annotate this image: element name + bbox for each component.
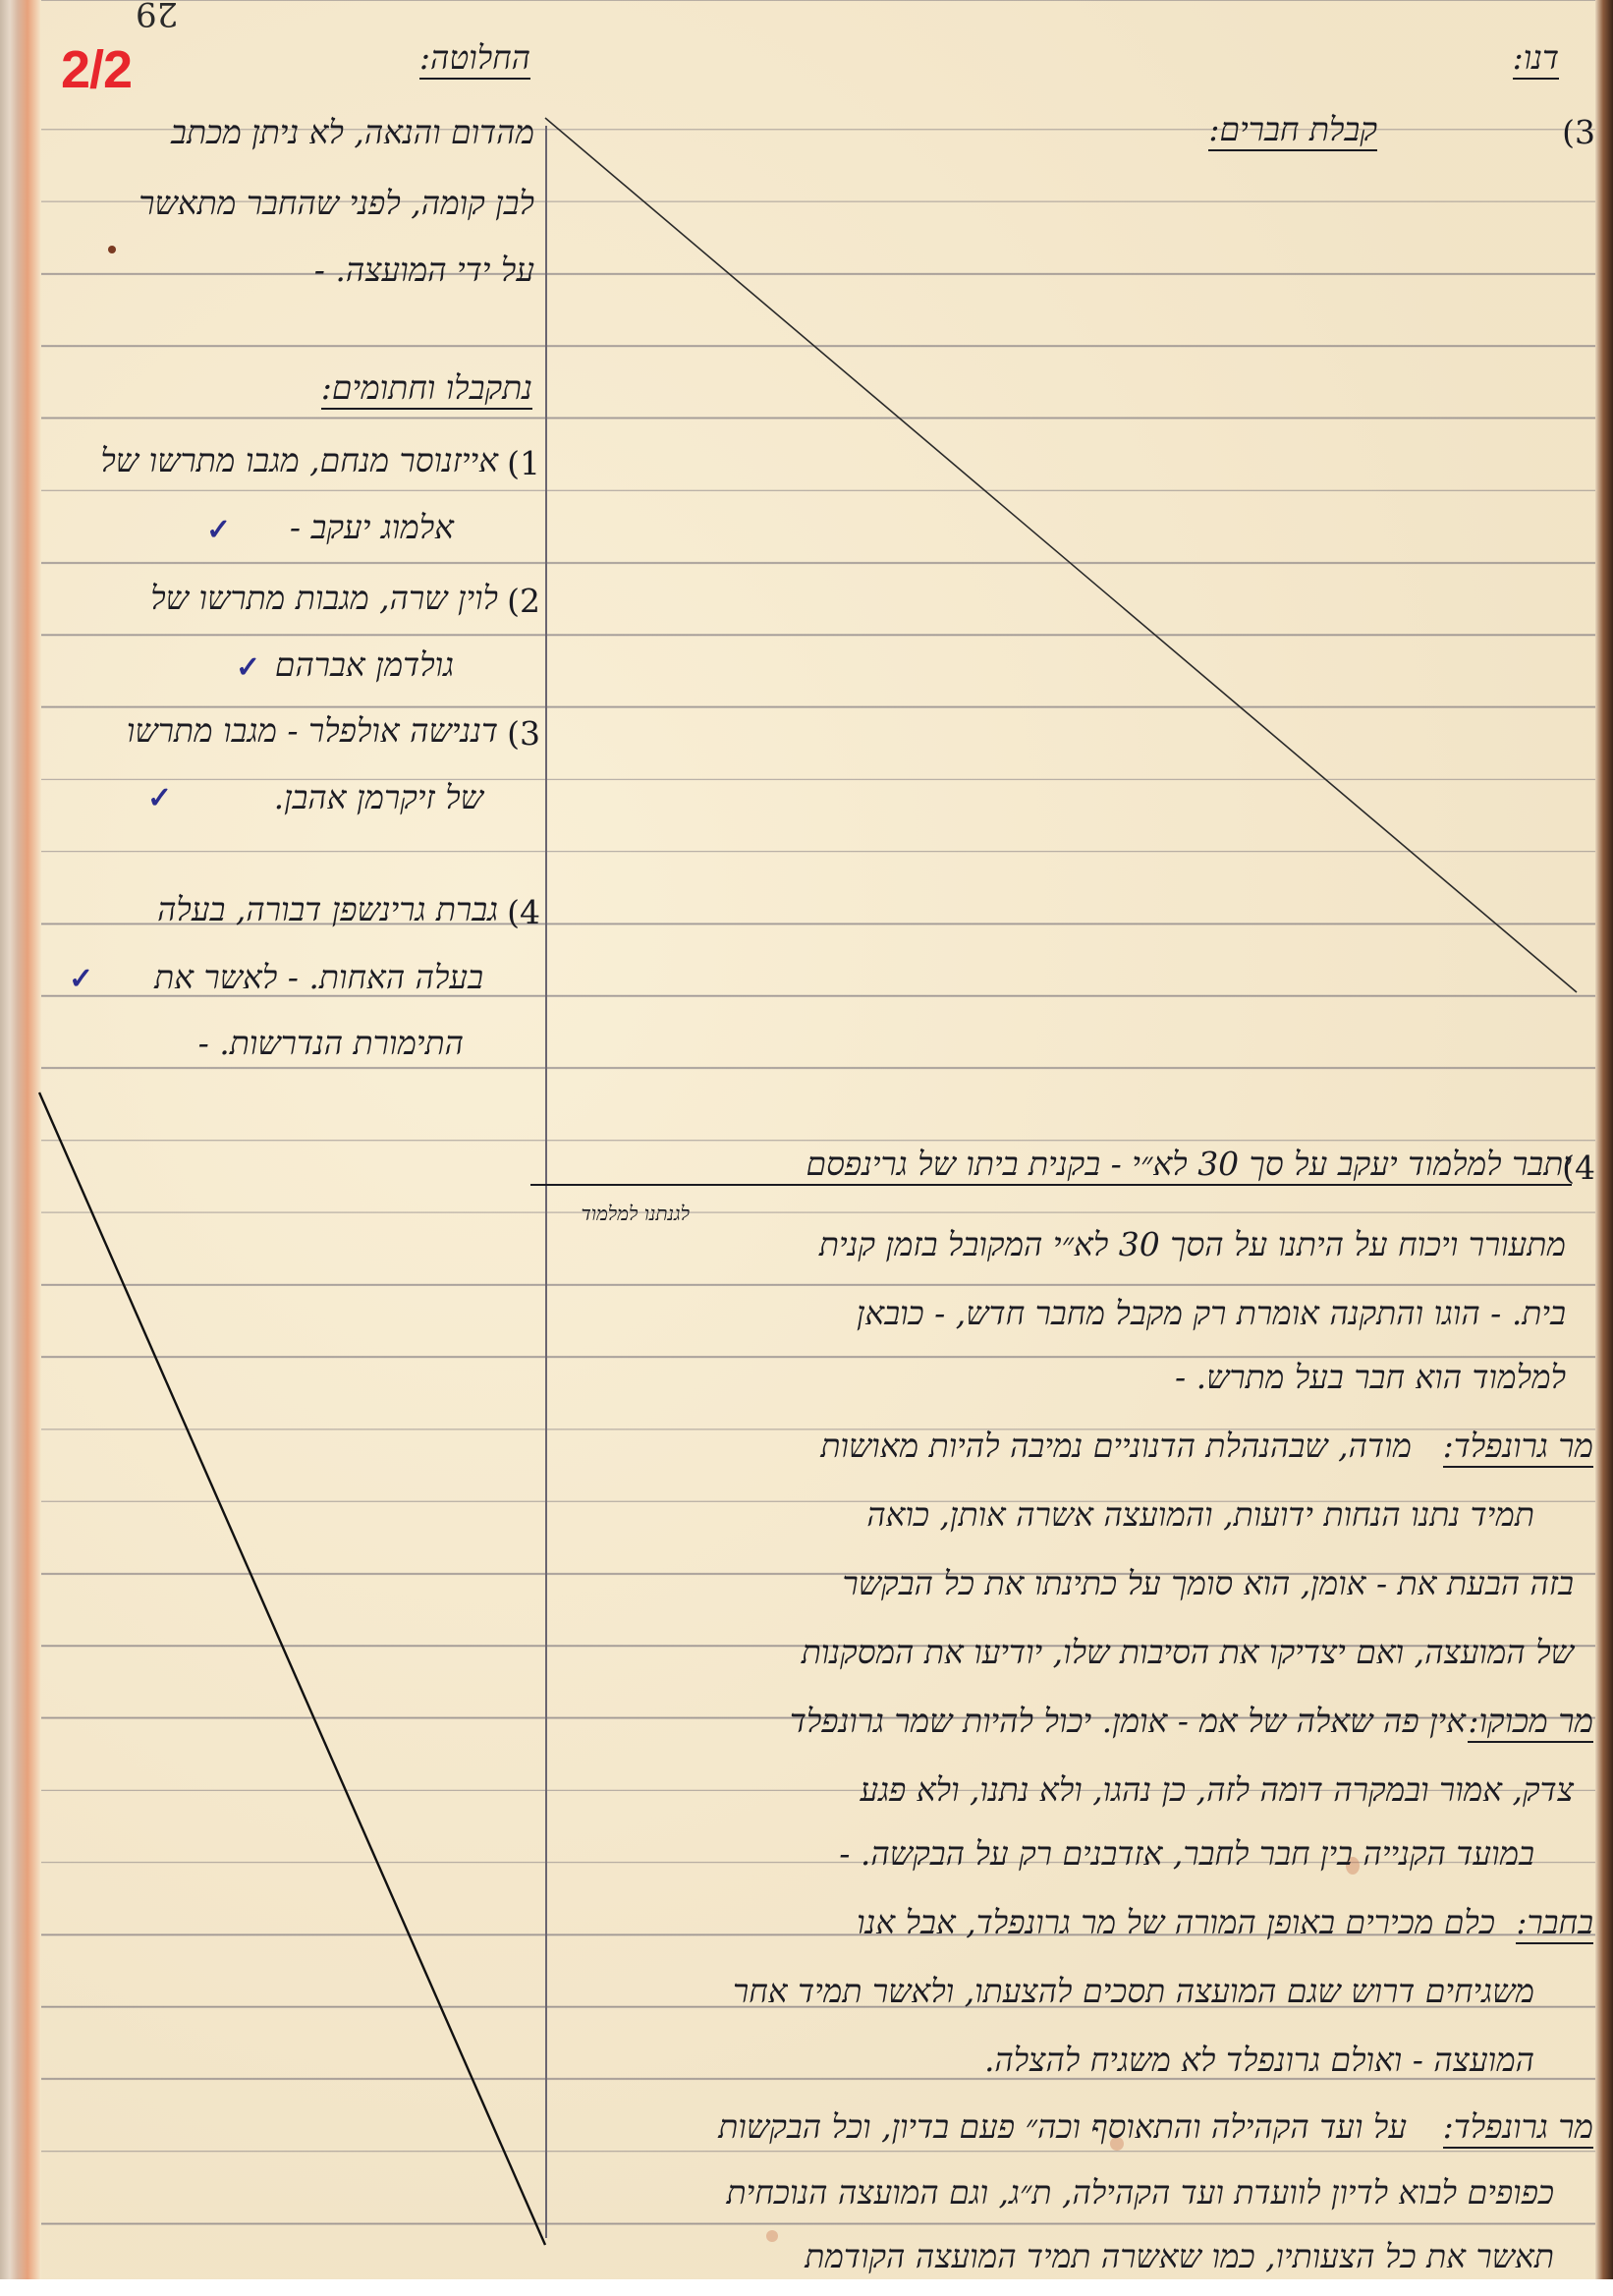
intro-line: מהדום והנאה, לא ניתן מכתב — [171, 116, 534, 148]
discussion-line: על ועד הקהילה והתאוסף וכה״ פעם בדיון, וכ… — [718, 2110, 1407, 2143]
item-line: התימורת הנדרשות. - — [198, 1027, 464, 1059]
item-number: 3) — [507, 717, 540, 750]
binding-spine — [0, 0, 41, 2296]
left-heading: החלוטה: — [419, 41, 530, 80]
item-line: גולדמן אברהם — [275, 648, 454, 681]
speaker-name: מר גרונפלד: — [1443, 1429, 1593, 1468]
checkmark-icon: ✓ — [236, 653, 260, 683]
discussion-line: משגיחים דרוש שגם המועצה תסכים להצעתו, ול… — [733, 1975, 1534, 2007]
topic-line: למלמוד הוא חבר בעל מתרש. - — [1175, 1361, 1566, 1393]
discussion-line: במועד הקנייה בין חבר לחבר, אזדבנים רק על… — [839, 1837, 1534, 1870]
page-right-edge — [1595, 0, 1613, 2296]
scan-bottom-border — [0, 2279, 1613, 2296]
item-number: 4) — [507, 896, 540, 928]
discussion-line: כלם מכירים באופן המורה של מר גרונפלד, אב… — [857, 1906, 1495, 1938]
speaker-name: מר גרונפלד: — [1443, 2110, 1593, 2149]
ink-dot — [108, 246, 116, 253]
item-line: לוין שרה, מגבות מתרשו של — [150, 582, 498, 614]
section-number: 3) — [1562, 116, 1595, 148]
discussion-line: מודה, שבהנהלת הדנוניים נמיבה להיות מאושו… — [820, 1429, 1412, 1462]
speaker-name: בחבר: — [1516, 1906, 1593, 1944]
discussion-line: צדק, אמור ובמקרה דומה לזה, כן נהגו, ולא … — [860, 1773, 1574, 1806]
new-members-title: קבלת חברים: — [1208, 113, 1377, 151]
topic-line: בית. - הוגו והתקנה אומרת רק מקבל מחבר חד… — [857, 1297, 1566, 1329]
discussion-line: של המועצה, ואם יצדיקו את הסיבות שלו, יוד… — [802, 1636, 1574, 1668]
checkmark-icon: ✓ — [206, 516, 231, 545]
item-number: 1) — [507, 447, 540, 479]
discussion-line: תאשר את כל הצעותיו, כמו שאשרה תמיד המועצ… — [805, 2240, 1554, 2272]
item-number: 2) — [507, 585, 540, 617]
item-line: אלמוג יעקב - — [290, 511, 454, 543]
discussion-line: תמיד נתנו הנחות ידועות, והמועצה אשרה אות… — [866, 1498, 1534, 1531]
item-line: של זיקרמן אהבן. — [274, 781, 483, 813]
intro-line: על ידי המועצה. - — [314, 253, 534, 286]
item-line: דננישה אולפלר - מגבו מתרשו — [127, 714, 498, 747]
discussion-line: המועצה - ואולם גרונפלד לא משגיח להצלה. — [984, 2044, 1534, 2076]
interlinear-note: לגנתנו למלמוד — [582, 1204, 691, 1223]
discussion-line: בזה הבעת את - אומן, הוא סומך על כתינתו א… — [842, 1567, 1574, 1599]
page-label: 2/2 — [61, 39, 132, 100]
checkmark-icon: ✓ — [147, 784, 172, 813]
corner-page-number: 29 — [136, 0, 178, 33]
item-line: אייזנוסר מנחם, מגבו מתרשו של — [100, 444, 498, 476]
topic-line: מתעורר ויכוח על היתנו על הסך 30 לא״י המק… — [819, 1228, 1566, 1260]
speaker-name: מר מכוקו: — [1468, 1705, 1593, 1743]
notebook-page: 29 2/2 החלוטה: מהדום והנאה, לא ניתן מכתב… — [0, 0, 1613, 2296]
topic-title: יתבר למלמוד יעקב על סך 30 לא״י - בקנית ב… — [530, 1148, 1572, 1186]
checkmark-icon: ✓ — [69, 965, 93, 994]
discussion-line: אין פה שאלה של אמ - אומן. יכול להיות שמר… — [790, 1705, 1466, 1737]
stain — [766, 2230, 778, 2242]
item-line: גברת גרינשפן דבורה, בעלה — [157, 893, 498, 925]
intro-line: לבן קומה, לפני שהחבר מתאשר — [139, 187, 534, 219]
discussion-line: כפופים לבוא לדיון לוועדת ועד הקהילה, ת״ג… — [727, 2176, 1554, 2209]
accepted-section-title: נתקבלו וחתומים: — [321, 371, 532, 410]
item-line: בעלה האחות. - לאשר את — [154, 961, 483, 993]
discussed-label: דנו: — [1513, 41, 1559, 80]
